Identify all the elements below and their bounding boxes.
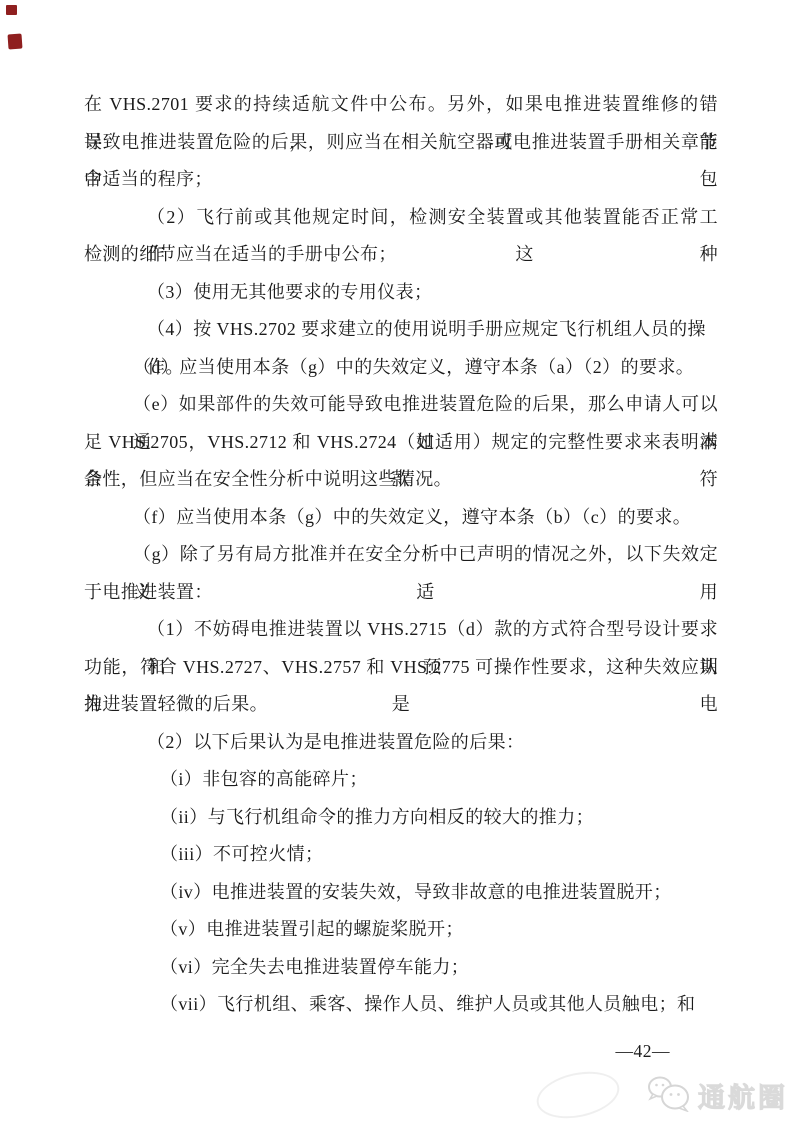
- red-stamp-mark-bottom: [7, 34, 22, 50]
- text-line: （4）按 VHS.2702 要求建立的使用说明手册应规定飞行机组人员的操作。: [84, 311, 718, 349]
- text-line: 导致电推进装置危险的后果，则应当在相关航空器或电推进装置手册相关章节中包: [84, 124, 718, 162]
- chat-bubbles-icon: [646, 1074, 692, 1117]
- text-line: 功能，符合 VHS.2727、VHS.2757 和 VHS.2775 可操作性要…: [84, 649, 718, 687]
- watermark-swoosh-ellipse: [532, 1065, 623, 1126]
- text-line: （i）非包容的高能碎片；: [84, 761, 718, 799]
- red-stamp-mark-top: [6, 5, 17, 15]
- watermark-text: 通航圈: [698, 1076, 788, 1115]
- document-page: 在 VHS.2701 要求的持续适航文件中公布。另外，如果电推进装置维修的错误，…: [0, 0, 800, 1131]
- text-line: （iii）不可控火情；: [84, 836, 718, 874]
- text-line: 在 VHS.2701 要求的持续适航文件中公布。另外，如果电推进装置维修的错误，…: [84, 86, 718, 124]
- watermark: 通航圈: [646, 1071, 788, 1119]
- text-line: （ii）与飞行机组命令的推力方向相反的较大的推力；: [84, 799, 718, 837]
- document-body: 在 VHS.2701 要求的持续适航文件中公布。另外，如果电推进装置维修的错误，…: [84, 86, 718, 1024]
- text-line: （g）除了另有局方批准并在安全分析中已声明的情况之外，以下失效定义适用: [84, 536, 718, 574]
- text-line: （iv）电推进装置的安装失效，导致非故意的电推进装置脱开；: [84, 874, 718, 912]
- text-line: （v）电推进装置引起的螺旋桨脱开；: [84, 911, 718, 949]
- text-line: （vii）飞行机组、乘客、操作人员、维护人员或其他人员触电；和: [84, 986, 718, 1024]
- text-line: 足 VHS.2705，VHS.2712 和 VHS.2724（如适用）规定的完整…: [84, 424, 718, 462]
- text-line: （vi）完全失去电推进装置停车能力；: [84, 949, 718, 987]
- text-line: （1）不妨碍电推进装置以 VHS.2715（d）款的方式符合型号设计要求和预期: [84, 611, 718, 649]
- page-number: —42—: [616, 1041, 671, 1062]
- text-line: （2）飞行前或其他规定时间，检测安全装置或其他装置能否正常工作。这种: [84, 199, 718, 237]
- text-line: （f）应当使用本条（g）中的失效定义，遵守本条（b）（c）的要求。: [84, 499, 718, 537]
- text-line: （e）如果部件的失效可能导致电推进装置危险的后果，那么申请人可以通过满: [84, 386, 718, 424]
- text-line: （3）使用无其他要求的专用仪表；: [84, 274, 718, 312]
- text-line: （2）以下后果认为是电推进装置危险的后果：: [84, 724, 718, 762]
- text-line: （d）应当使用本条（g）中的失效定义，遵守本条（a）（2）的要求。: [84, 349, 718, 387]
